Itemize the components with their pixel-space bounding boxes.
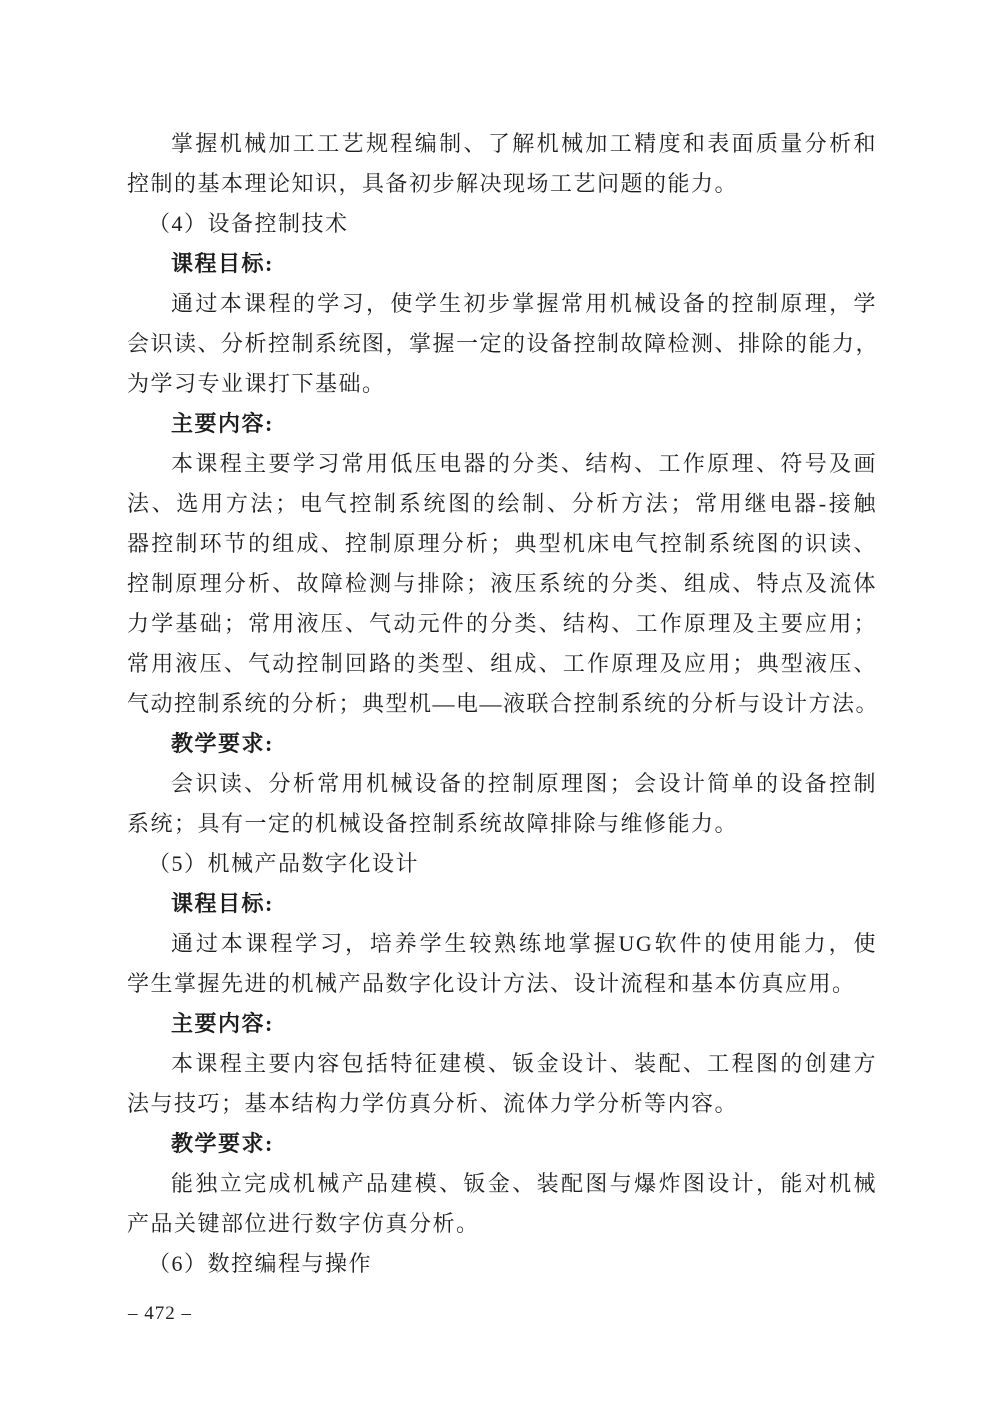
text-line: 为学习专业课打下基础。	[127, 364, 877, 404]
text-line: 系统；具有一定的机械设备控制系统故障排除与维修能力。	[127, 804, 877, 844]
page-body-text: 掌握机械加工工艺规程编制、了解机械加工精度和表面质量分析和 控制的基本理论知识，…	[127, 124, 877, 1284]
text-line: 本课程主要内容包括特征建模、钣金设计、装配、工程图的创建方	[127, 1044, 877, 1084]
section-heading: 课程目标:	[127, 244, 877, 284]
text-line: 通过本课程学习，培养学生较熟练地掌握UG软件的使用能力，使	[127, 924, 877, 964]
section-heading: 教学要求:	[127, 724, 877, 764]
text-line: 常用液压、气动控制回路的类型、组成、工作原理及应用；典型液压、	[127, 644, 877, 684]
text-line: 力学基础；常用液压、气动元件的分类、结构、工作原理及主要应用；	[127, 604, 877, 644]
text-line: 能独立完成机械产品建模、钣金、装配图与爆炸图设计，能对机械	[127, 1164, 877, 1204]
text-line: 器控制环节的组成、控制原理分析；典型机床电气控制系统图的识读、	[127, 524, 877, 564]
text-line: 掌握机械加工工艺规程编制、了解机械加工精度和表面质量分析和	[127, 124, 877, 164]
section-heading: 主要内容:	[127, 1004, 877, 1044]
text-line: 气动控制系统的分析；典型机—电—液联合控制系统的分析与设计方法。	[127, 684, 877, 724]
list-item-heading: （4）设备控制技术	[127, 204, 877, 244]
text-line: 通过本课程的学习，使学生初步掌握常用机械设备的控制原理，学	[127, 284, 877, 324]
text-line: 会识读、分析控制系统图，掌握一定的设备控制故障检测、排除的能力，	[127, 324, 877, 364]
section-heading: 课程目标:	[127, 884, 877, 924]
text-line: 法与技巧；基本结构力学仿真分析、流体力学分析等内容。	[127, 1084, 877, 1124]
text-line: 学生掌握先进的机械产品数字化设计方法、设计流程和基本仿真应用。	[127, 964, 877, 1004]
list-item-heading: （5）机械产品数字化设计	[127, 844, 877, 884]
text-line: 会识读、分析常用机械设备的控制原理图；会设计简单的设备控制	[127, 764, 877, 804]
section-heading: 教学要求:	[127, 1124, 877, 1164]
section-heading: 主要内容:	[127, 404, 877, 444]
text-line: 控制原理分析、故障检测与排除；液压系统的分类、组成、特点及流体	[127, 564, 877, 604]
page-number: – 472 –	[128, 1300, 192, 1328]
list-item-heading: （6）数控编程与操作	[127, 1244, 877, 1284]
text-line: 法、选用方法；电气控制系统图的绘制、分析方法；常用继电器-接触	[127, 484, 877, 524]
text-line: 控制的基本理论知识，具备初步解决现场工艺问题的能力。	[127, 164, 877, 204]
text-line: 本课程主要学习常用低压电器的分类、结构、工作原理、符号及画	[127, 444, 877, 484]
document-page: 掌握机械加工工艺规程编制、了解机械加工精度和表面质量分析和 控制的基本理论知识，…	[0, 0, 1000, 1414]
text-line: 产品关键部位进行数字仿真分析。	[127, 1204, 877, 1244]
